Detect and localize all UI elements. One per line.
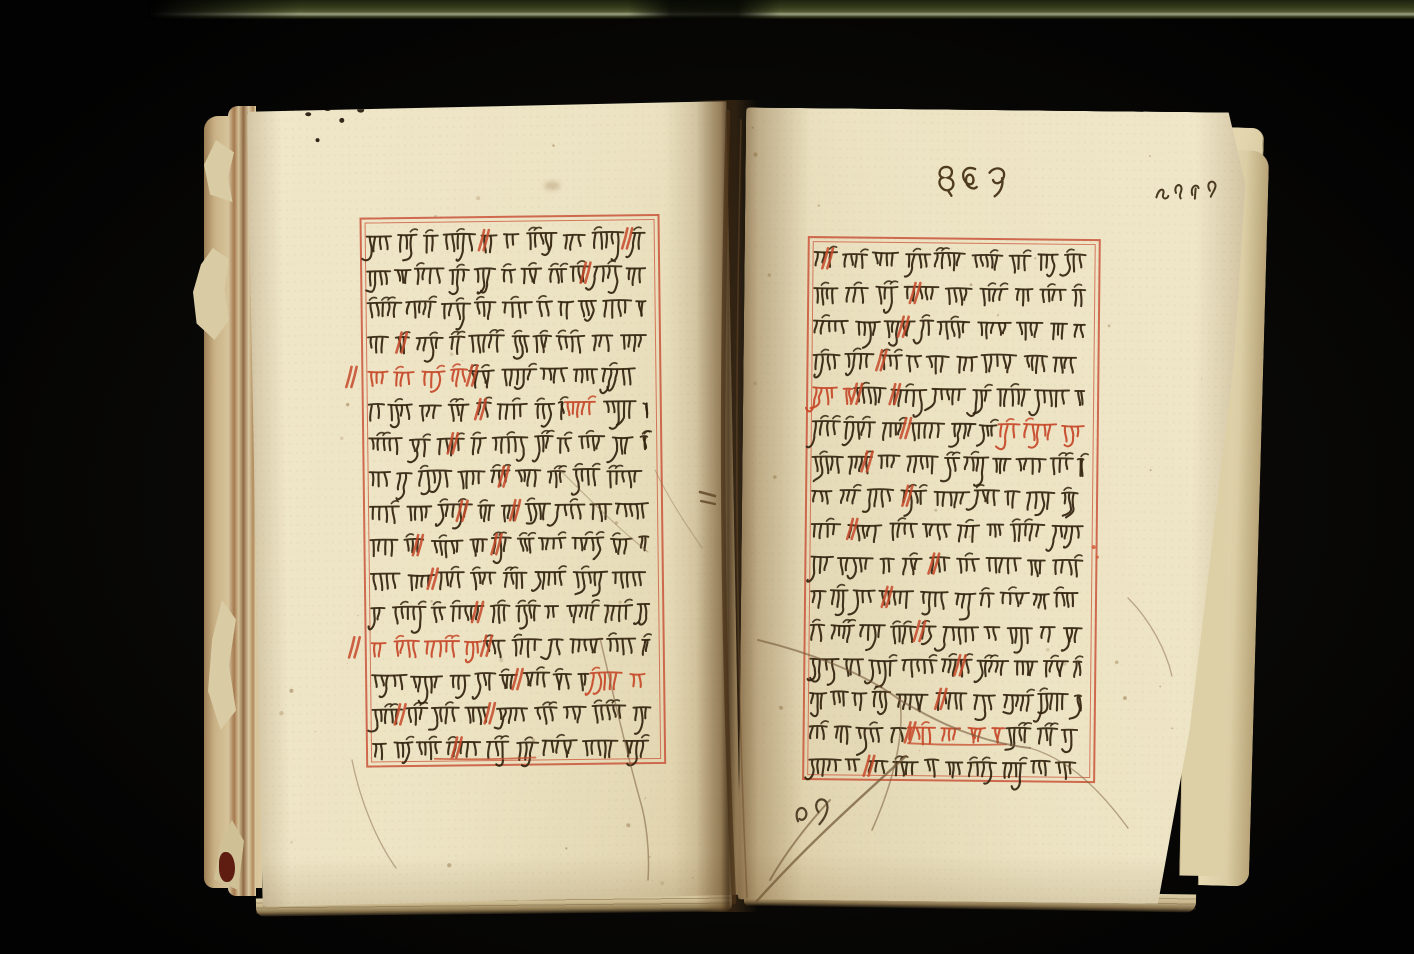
- right-page: [738, 107, 1246, 904]
- manuscript-photo: ४६७ ३५४६ ५६: [0, 0, 1414, 954]
- left-page-text: [247, 101, 761, 937]
- ink-stain: [339, 118, 344, 123]
- ink-stain: [305, 112, 311, 116]
- torn-page-fragment: [193, 248, 229, 340]
- binding-cover-glimpse: [219, 852, 235, 882]
- ink-stain: [357, 108, 364, 113]
- left-page: [247, 101, 741, 907]
- ink-stain: [323, 104, 332, 111]
- ink-stain: [316, 138, 320, 142]
- binding-gutter: [696, 100, 758, 912]
- copy-stand-edge: [148, 0, 1414, 19]
